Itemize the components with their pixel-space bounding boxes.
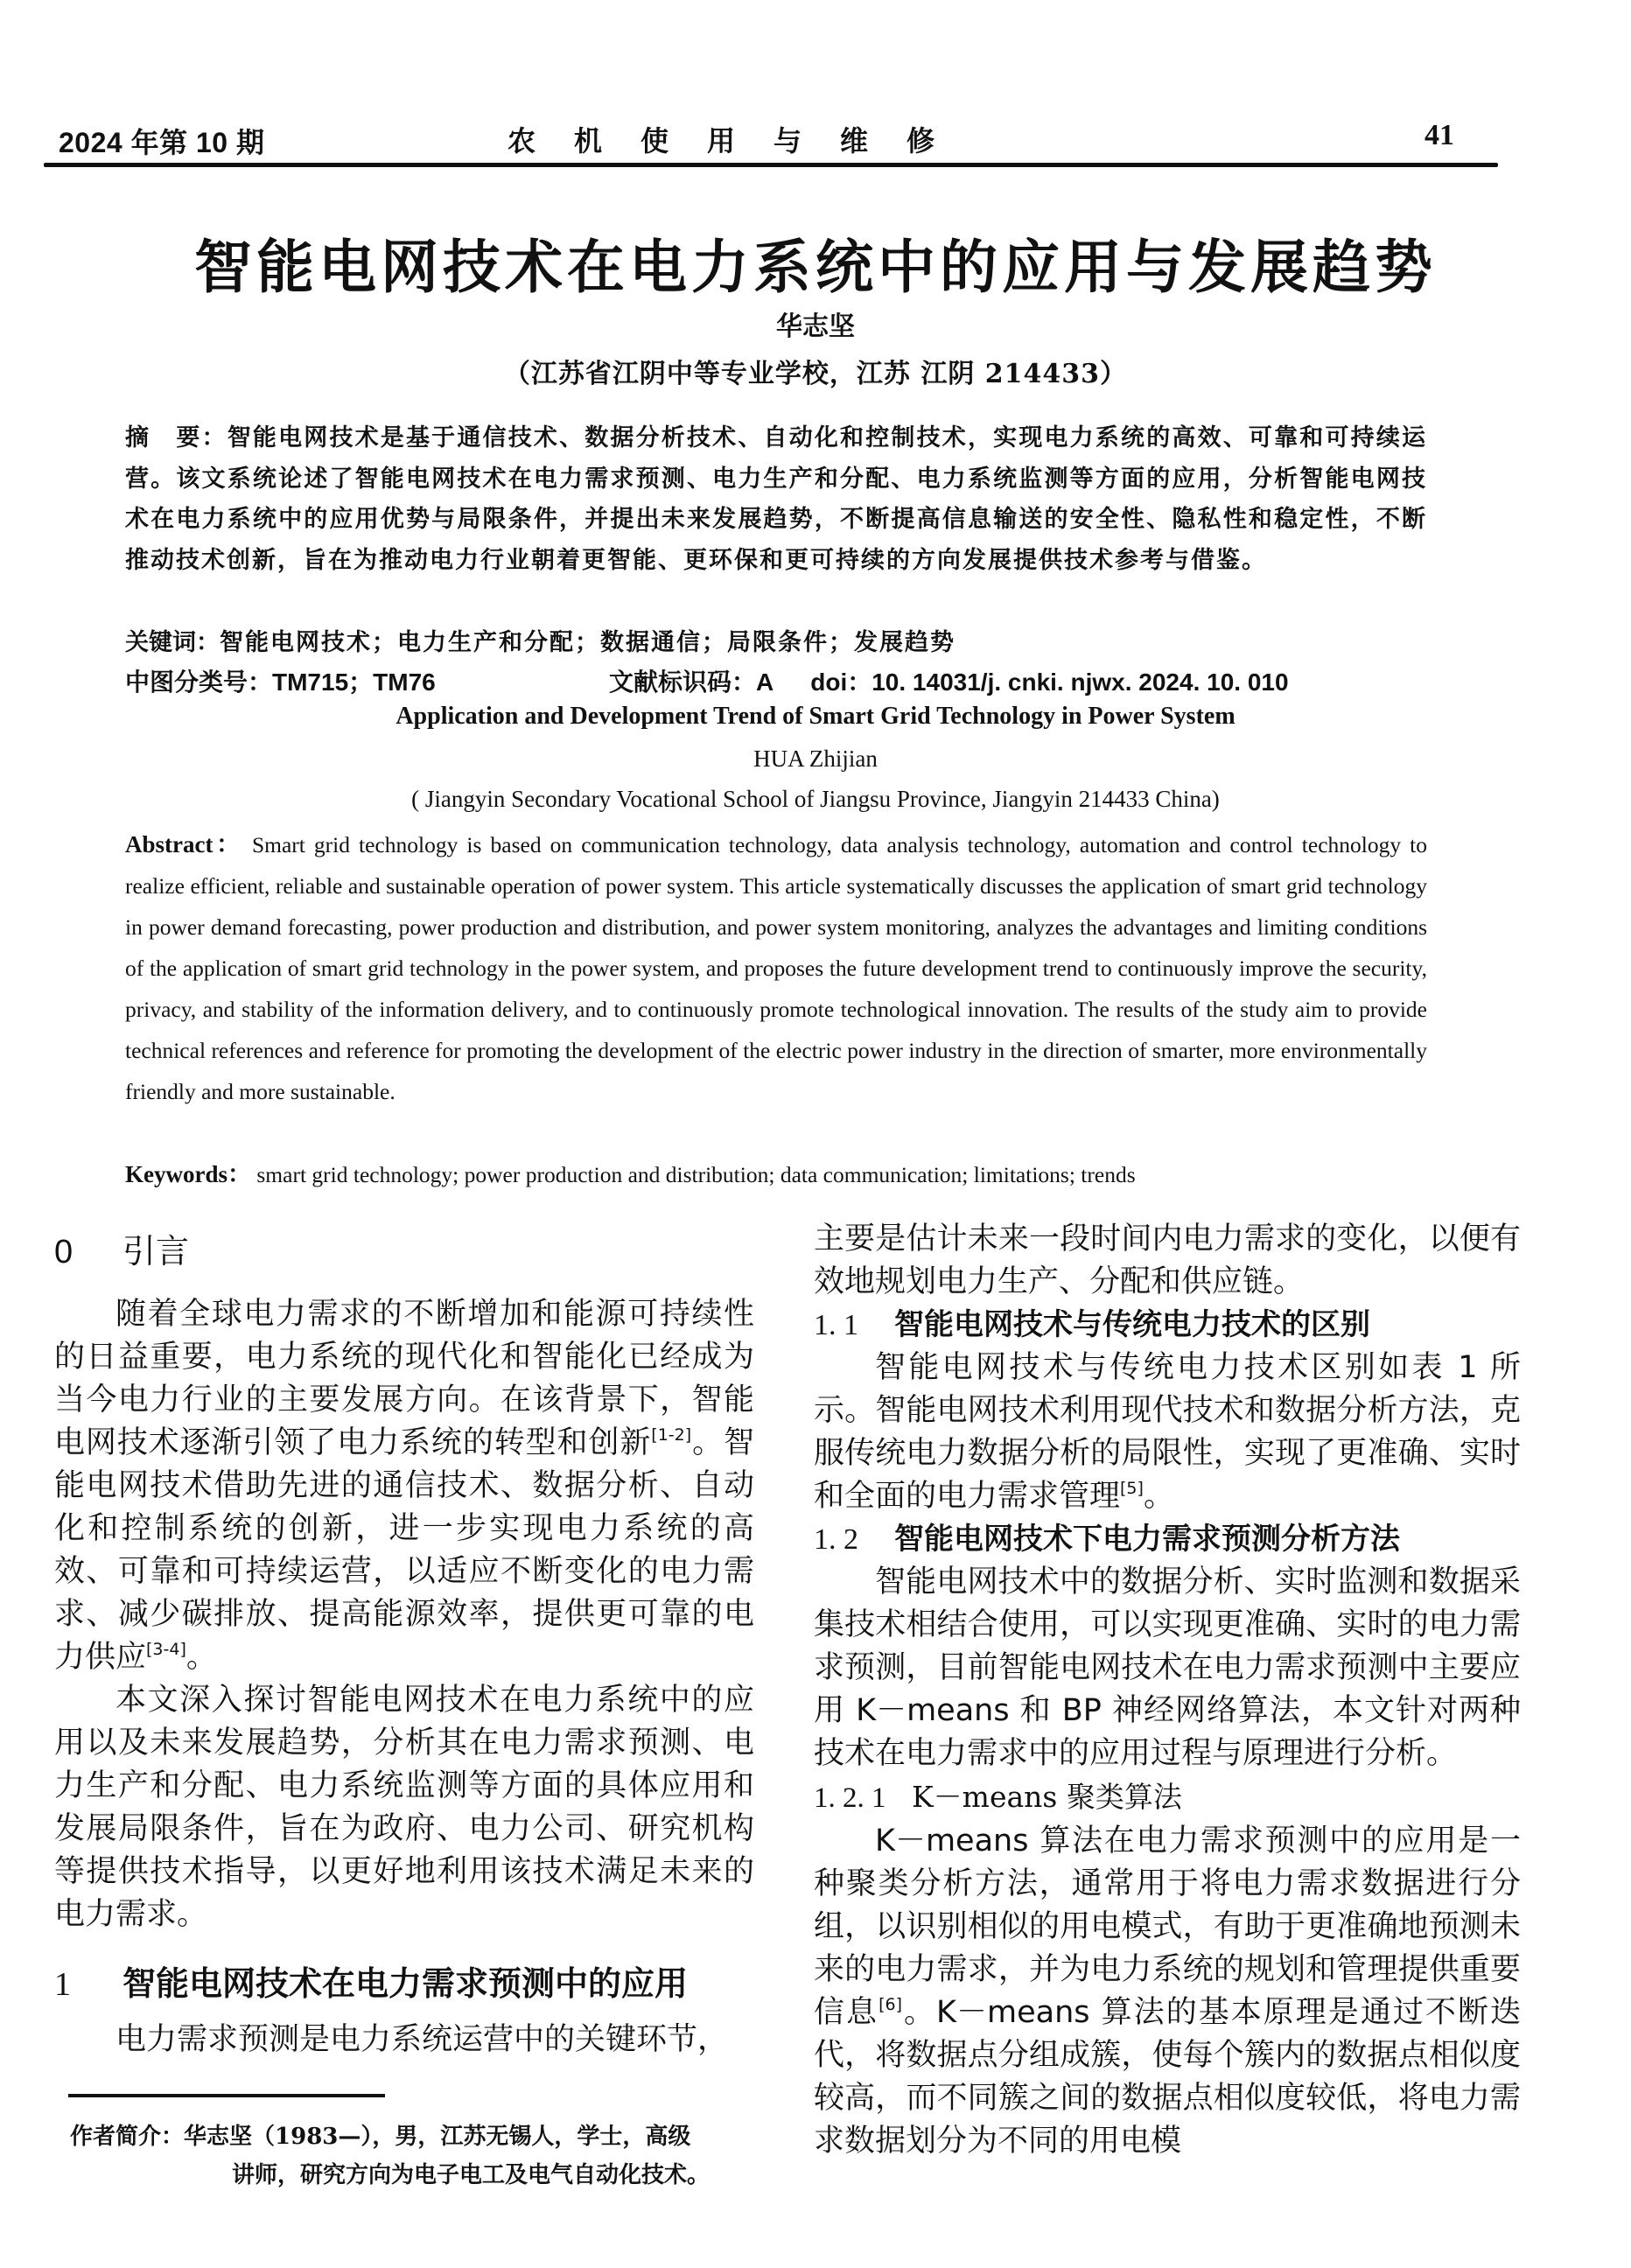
english-affiliation: ( Jiangyin Secondary Vocational School o…: [0, 786, 1631, 813]
section-title: K－means 聚类算法: [912, 1780, 1182, 1814]
footnote-line-2: 讲师，研究方向为电子电工及电气自动化技术。: [70, 2156, 805, 2194]
paragraph-intro-1: 随着全球电力需求的不断增加和能源可持续性的日益重要，电力系统的现代化和智能化已经…: [54, 1293, 754, 1679]
section-title: 引言: [122, 1232, 189, 1270]
abstract-en-label: Abstract：: [125, 831, 243, 857]
running-header-issue: 2024 年第 10 期: [59, 121, 264, 161]
keywords-cn-text: 智能电网技术；电力生产和分配；数据通信；局限条件；发展趋势: [220, 629, 955, 656]
paragraph-sec1-continued: 主要是估计未来一段时间内电力需求的变化，以便有效地规划电力生产、分配和供应链。: [814, 1218, 1521, 1304]
paragraph-sec1-start: 电力需求预测是电力系统运营中的关键环节，: [54, 2019, 754, 2061]
abstract-cn: 摘 要：智能电网技术是基于通信技术、数据分析技术、自动化和控制技术，实现电力系统…: [125, 418, 1427, 581]
citation[interactable]: [5]: [1120, 1479, 1144, 1498]
section-title: 智能电网技术下电力需求预测分析方法: [894, 1522, 1400, 1557]
citation[interactable]: [1-2]: [651, 1425, 691, 1445]
abstract-en: Abstract： Smart grid technology is based…: [125, 824, 1427, 1112]
document-code: 文献标识码：A: [609, 663, 773, 698]
body-column-left: 0引言 随着全球电力需求的不断增加和能源可持续性的日益重要，电力系统的现代化和智…: [54, 1230, 754, 2061]
paragraph-intro-2: 本文深入探讨智能电网技术在电力系统中的应用以及未来发展趋势，分析其在电力需求预测…: [54, 1679, 754, 1936]
paper-title: 智能电网技术在电力系统中的应用与发展趋势: [0, 220, 1631, 304]
abstract-cn-text: 智能电网技术是基于通信技术、数据分析技术、自动化和控制技术，实现电力系统的高效、…: [125, 424, 1427, 574]
footnote-rule: [68, 2094, 385, 2097]
body-column-right: 主要是估计未来一段时间内电力需求的变化，以便有效地规划电力生产、分配和供应链。 …: [814, 1218, 1521, 2163]
keywords-en-label: Keywords：: [125, 1161, 251, 1187]
text-run: 。智能电网技术借助先进的通信技术、数据分析、自动化和控制系统的创新，进一步实现电…: [54, 1425, 754, 1675]
section-heading-1-1: 1. 1智能电网技术与传统电力技术的区别: [814, 1304, 1521, 1347]
clc-number: 中图分类号：TM715；TM76: [125, 663, 609, 698]
author-name: 华志坚: [0, 304, 1631, 343]
keywords-cn: 关键词：智能电网技术；电力生产和分配；数据通信；局限条件；发展趋势: [125, 623, 1427, 657]
citation[interactable]: [3-4]: [146, 1640, 186, 1659]
footnote-line-1: 华志坚（1983—），男，江苏无锡人，学士，高级: [184, 2124, 690, 2150]
keywords-en-text: smart grid technology; power production …: [256, 1162, 1135, 1187]
abstract-en-text: Smart grid technology is based on commun…: [125, 832, 1427, 1104]
author-bio-footnote: 作者简介：华志坚（1983—），男，江苏无锡人，学士，高级 讲师，研究方向为电子…: [70, 2117, 805, 2194]
section-number: 1. 1: [814, 1304, 894, 1347]
doi[interactable]: doi：10. 14031/j. cnki. njwx. 2024. 10. 0…: [810, 663, 1288, 698]
text-run: 。: [186, 1640, 217, 1675]
citation[interactable]: [6]: [878, 1995, 902, 2014]
section-number: 1: [54, 1963, 122, 2006]
english-title: Application and Development Trend of Sma…: [0, 703, 1631, 731]
section-heading-1: 1智能电网技术在电力需求预测中的应用: [54, 1963, 754, 2006]
author-affiliation: （江苏省江阴中等专业学校，江苏 江阴 214433）: [0, 352, 1631, 390]
section-number: 0: [54, 1231, 122, 1274]
english-author: HUA Zhijian: [0, 745, 1631, 773]
section-number: 1. 2: [814, 1518, 894, 1561]
section-title: 智能电网技术与传统电力技术的区别: [894, 1307, 1370, 1342]
paragraph-sec1-1: 智能电网技术与传统电力技术区别如表 1 所示。智能电网技术利用现代技术和数据分析…: [814, 1347, 1521, 1518]
section-heading-1-2: 1. 2智能电网技术下电力需求预测分析方法: [814, 1518, 1521, 1561]
section-title: 智能电网技术在电力需求预测中的应用: [122, 1964, 688, 2003]
text-run: 。K－means 算法的基本原理是通过不断迭代，将数据点分组成簇，使每个簇内的数…: [814, 1995, 1521, 2159]
keywords-en: Keywords： smart grid technology; power p…: [125, 1155, 1427, 1189]
paragraph-sec1-2: 智能电网技术中的数据分析、实时监测和数据采集技术相结合使用，可以实现更准确、实时…: [814, 1561, 1521, 1775]
paragraph-sec1-2-1: K－means 算法在电力需求预测中的应用是一种聚类分析方法，通常用于将电力需求…: [814, 1820, 1521, 2163]
header-rule: [44, 163, 1498, 167]
section-heading-1-2-1: 1. 2. 1K－means 聚类算法: [814, 1775, 1521, 1820]
text-run: 。: [1144, 1479, 1174, 1514]
classification-row: 中图分类号：TM715；TM76 文献标识码：A doi：10. 14031/j…: [125, 663, 1427, 698]
abstract-cn-label: 摘 要：: [125, 424, 227, 451]
section-heading-0: 0引言: [54, 1230, 754, 1274]
keywords-cn-label: 关键词：: [125, 629, 220, 656]
text-run: 随着全球电力需求的不断增加和能源可持续性的日益重要，电力系统的现代化和智能化已经…: [54, 1297, 754, 1460]
section-number: 1. 2. 1: [814, 1777, 912, 1820]
page-number: 41: [1424, 119, 1454, 152]
running-header-journal: 农机使用与维修: [507, 119, 973, 159]
footnote-label: 作者简介：: [70, 2124, 184, 2150]
